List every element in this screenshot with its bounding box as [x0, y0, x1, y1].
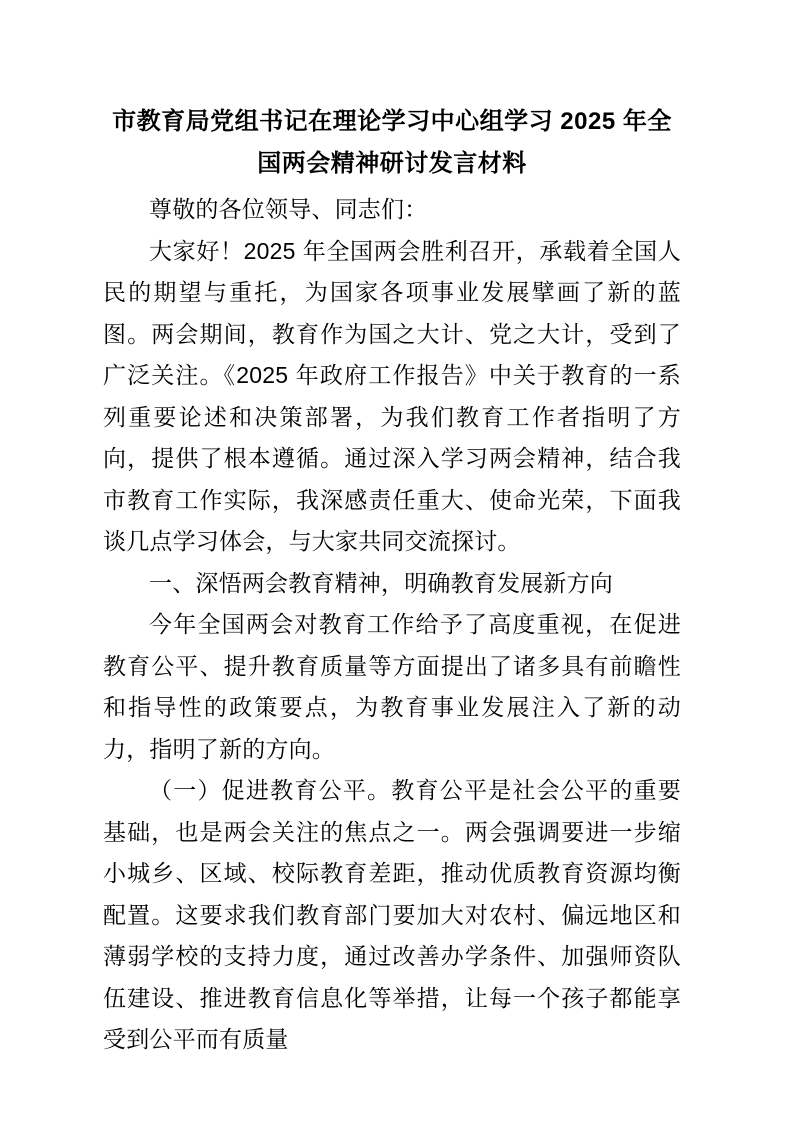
- document-title: 市教育局党组书记在理论学习中心组学习 2025 年全国两会精神研讨发言材料: [103, 101, 681, 184]
- document-page: 市教育局党组书记在理论学习中心组学习 2025 年全国两会精神研讨发言材料 尊敬…: [0, 0, 793, 1122]
- paragraph-opening: 大家好！2025 年全国两会胜利召开，承载着全国人民的期望与重托，为国家各项事业…: [103, 231, 681, 563]
- salutation-line: 尊敬的各位领导、同志们：: [103, 189, 681, 231]
- paragraph-section-1-intro: 今年全国两会对教育工作给予了高度重视，在促进教育公平、提升教育质量等方面提出了诸…: [103, 604, 681, 770]
- section-heading-1: 一、深悟两会教育精神，明确教育发展新方向: [103, 563, 681, 605]
- paragraph-point-1-education-equity: （一）促进教育公平。教育公平是社会公平的重要基础，也是两会关注的焦点之一。两会强…: [103, 770, 681, 1061]
